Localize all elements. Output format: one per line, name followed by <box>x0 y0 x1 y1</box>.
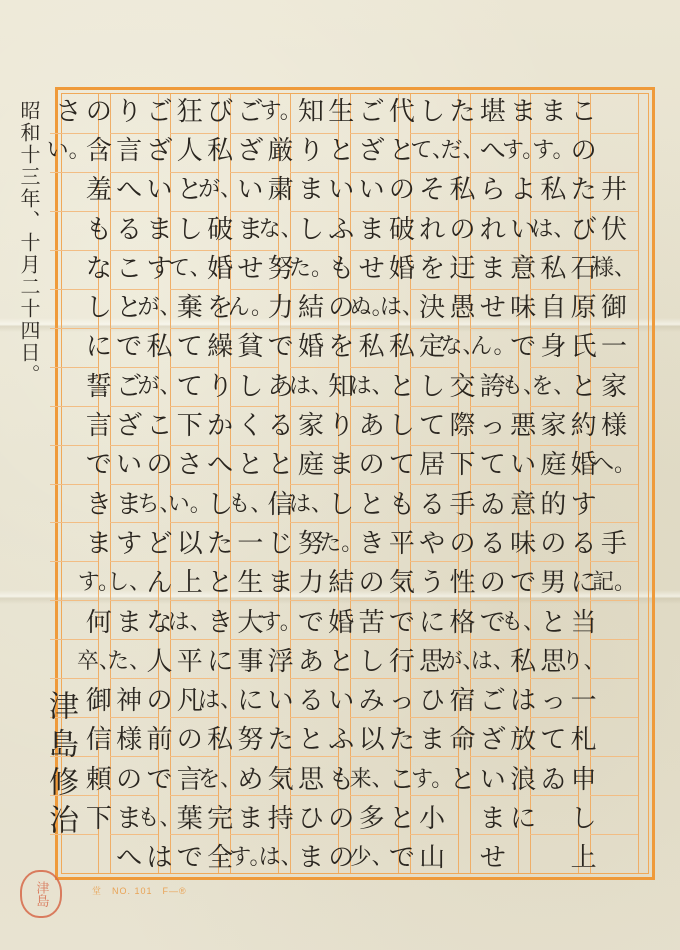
text-column: さい。 <box>45 92 93 171</box>
character-cell: し <box>560 799 608 838</box>
character-cell: 信 <box>75 721 123 760</box>
character-cell: 御 <box>75 681 123 720</box>
character-cell: 誓 <box>75 367 123 406</box>
character-cell: に <box>75 328 123 367</box>
character-cell: し <box>75 288 123 327</box>
character-cell: 下 <box>75 799 123 838</box>
character-cell: 頼 <box>75 760 123 799</box>
text-column: の含羞もなしに誓言できます。何卒、御信頼下 <box>75 92 123 839</box>
character-cell: き <box>75 485 123 524</box>
grid-column-line <box>638 94 639 873</box>
character-cell: 卒、 <box>75 642 123 681</box>
character-cell: へ <box>105 839 153 878</box>
red-seal-stamp: 津島 <box>20 870 62 918</box>
signature: 津島修治 <box>38 690 82 842</box>
character-cell: 何 <box>75 603 123 642</box>
character-cell: ま <box>469 799 517 838</box>
character-cell: せ <box>469 839 517 878</box>
character-cell: ま <box>75 524 123 563</box>
character-cell: さ <box>45 92 93 131</box>
character-cell: で <box>75 446 123 485</box>
character-cell: 羞 <box>75 171 123 210</box>
character-cell: な <box>75 249 123 288</box>
character-cell: す。 <box>75 564 123 603</box>
paper-imprint: 堂 NO. 101 F―® <box>92 884 187 897</box>
character-cell: も <box>75 210 123 249</box>
character-cell: い。 <box>45 131 93 170</box>
character-cell: 上 <box>560 839 608 878</box>
character-cell: 言 <box>75 406 123 445</box>
date: 昭和十三年、十月二十四日。 <box>18 100 39 386</box>
